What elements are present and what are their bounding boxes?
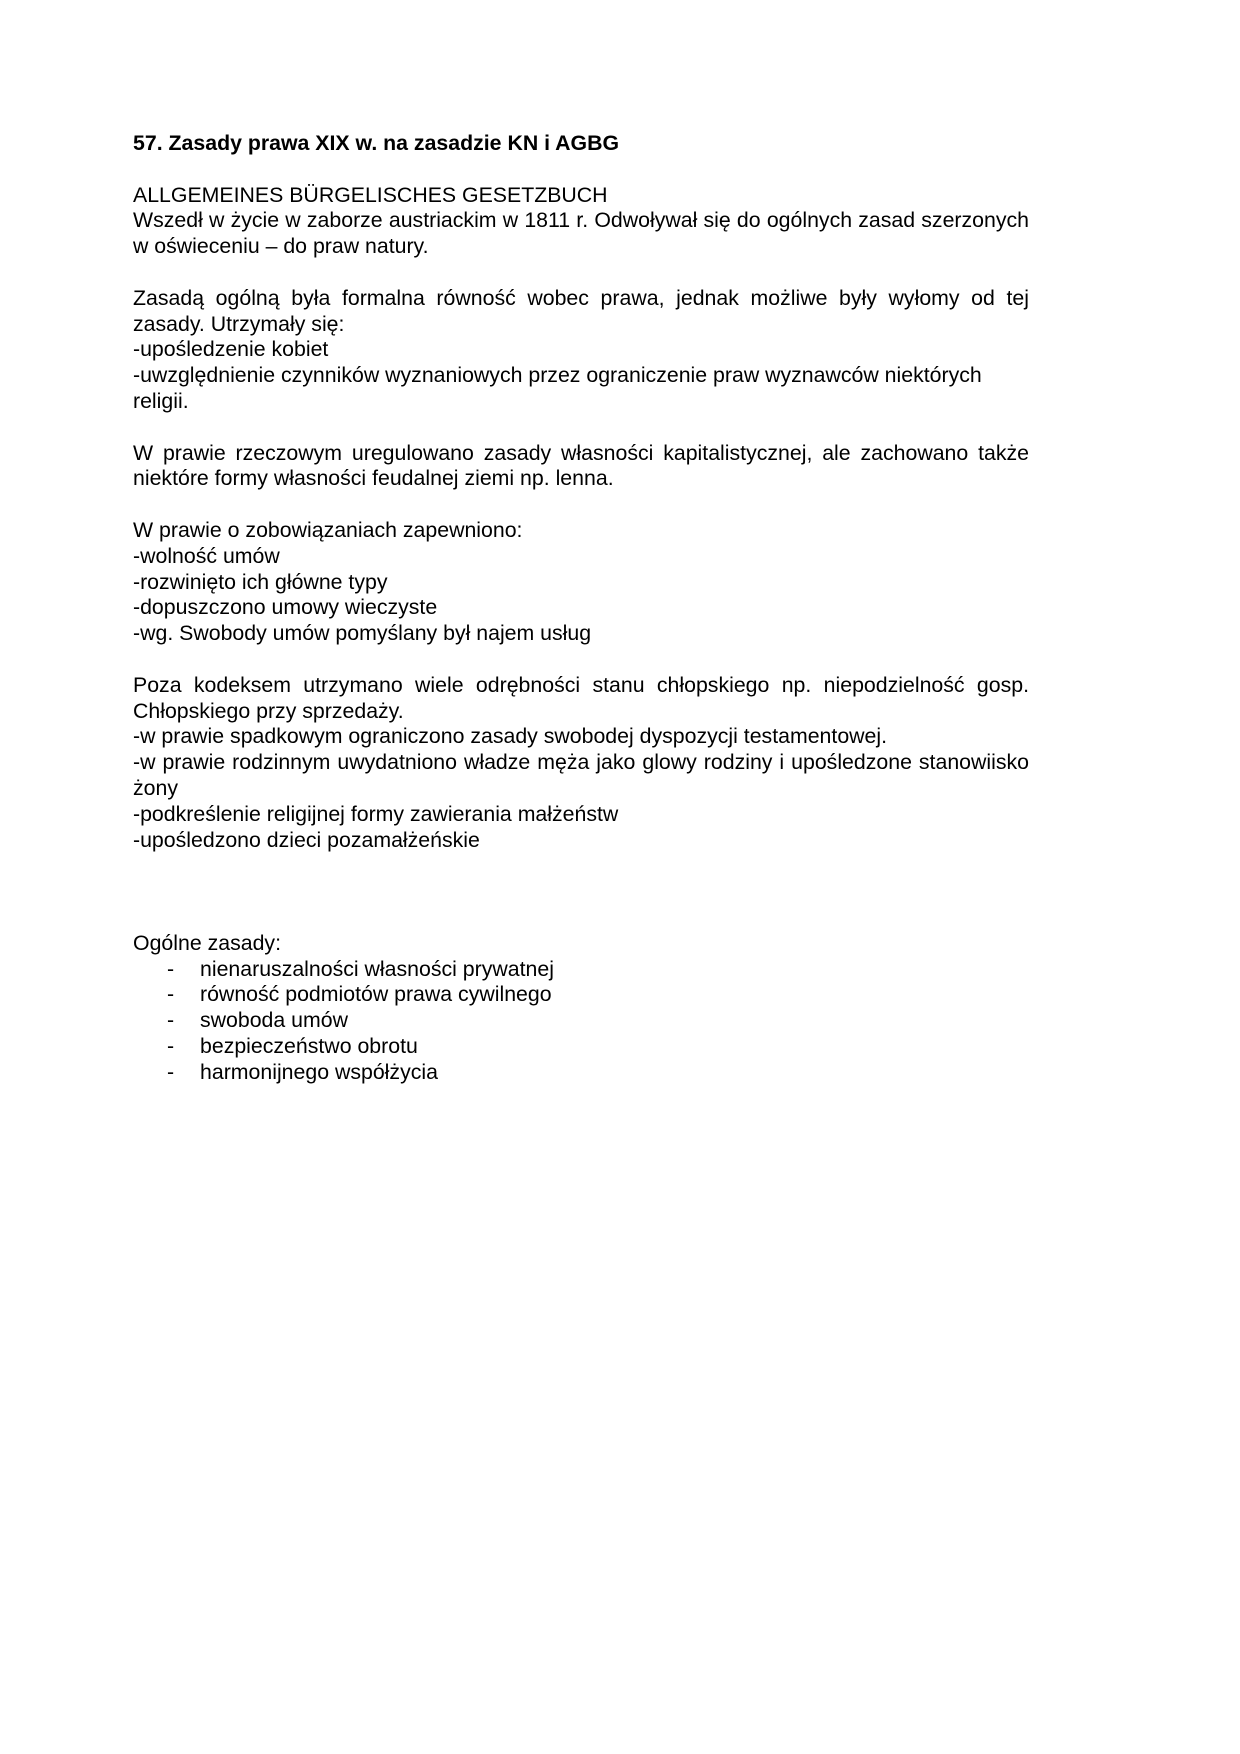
general-principles-list: -nienaruszalności własności prywatnej -r… (133, 957, 1029, 1086)
document-page: 57. Zasady prawa XIX w. na zasadzie KN i… (133, 131, 1029, 1085)
spacer (133, 492, 1029, 518)
equality-item: -upośledzenie kobiet (133, 337, 1029, 363)
list-item-text: swoboda umów (200, 1008, 348, 1032)
dash-bullet-icon: - (167, 1034, 174, 1060)
equality-paragraph: Zasadą ogólną była formalna równość wobe… (133, 286, 1029, 338)
list-item-text: równość podmiotów prawa cywilnego (200, 982, 552, 1006)
outside-code-item: -w prawie rodzinnym uwydatniono władze m… (133, 750, 1029, 802)
intro-paragraph: Wszedł w życie w zaborze austriackim w 1… (133, 208, 1029, 260)
section-heading: ALLGEMEINES BÜRGELISCHES GESETZBUCH (133, 183, 1029, 209)
general-principles-heading: Ogólne zasady: (133, 931, 1029, 957)
list-item: -nienaruszalności własności prywatnej (133, 957, 1029, 983)
list-item-text: nienaruszalności własności prywatnej (200, 957, 554, 981)
dash-bullet-icon: - (167, 957, 174, 983)
list-item: -harmonijnego współżycia (133, 1060, 1029, 1086)
list-item-text: harmonijnego współżycia (200, 1060, 438, 1084)
obligations-item: -wg. Swobody umów pomyślany był najem us… (133, 621, 1029, 647)
spacer (133, 647, 1029, 673)
dash-bullet-icon: - (167, 1008, 174, 1034)
obligations-item: -dopuszczono umowy wieczyste (133, 595, 1029, 621)
list-item-text: bezpieczeństwo obrotu (200, 1034, 418, 1058)
dash-bullet-icon: - (167, 1060, 174, 1086)
property-paragraph: W prawie rzeczowym uregulowano zasady wł… (133, 441, 1029, 493)
spacer (133, 853, 1029, 930)
list-item: -bezpieczeństwo obrotu (133, 1034, 1029, 1060)
list-item: -równość podmiotów prawa cywilnego (133, 982, 1029, 1008)
list-item: -swoboda umów (133, 1008, 1029, 1034)
spacer (133, 260, 1029, 286)
outside-code-item: -podkreślenie religijnej formy zawierani… (133, 802, 1029, 828)
outside-code-item: -w prawie spadkowym ograniczono zasady s… (133, 724, 1029, 750)
obligations-item: -wolność umów (133, 544, 1029, 570)
equality-item: -uwzględnienie czynników wyznaniowych pr… (133, 363, 1029, 415)
dash-bullet-icon: - (167, 982, 174, 1008)
obligations-paragraph: W prawie o zobowiązaniach zapewniono: (133, 518, 1029, 544)
obligations-item: -rozwinięto ich główne typy (133, 570, 1029, 596)
outside-code-item: -upośledzono dzieci pozamałżeńskie (133, 828, 1029, 854)
spacer (133, 415, 1029, 441)
outside-code-paragraph: Poza kodeksem utrzymano wiele odrębności… (133, 673, 1029, 725)
document-title: 57. Zasady prawa XIX w. na zasadzie KN i… (133, 131, 1029, 157)
